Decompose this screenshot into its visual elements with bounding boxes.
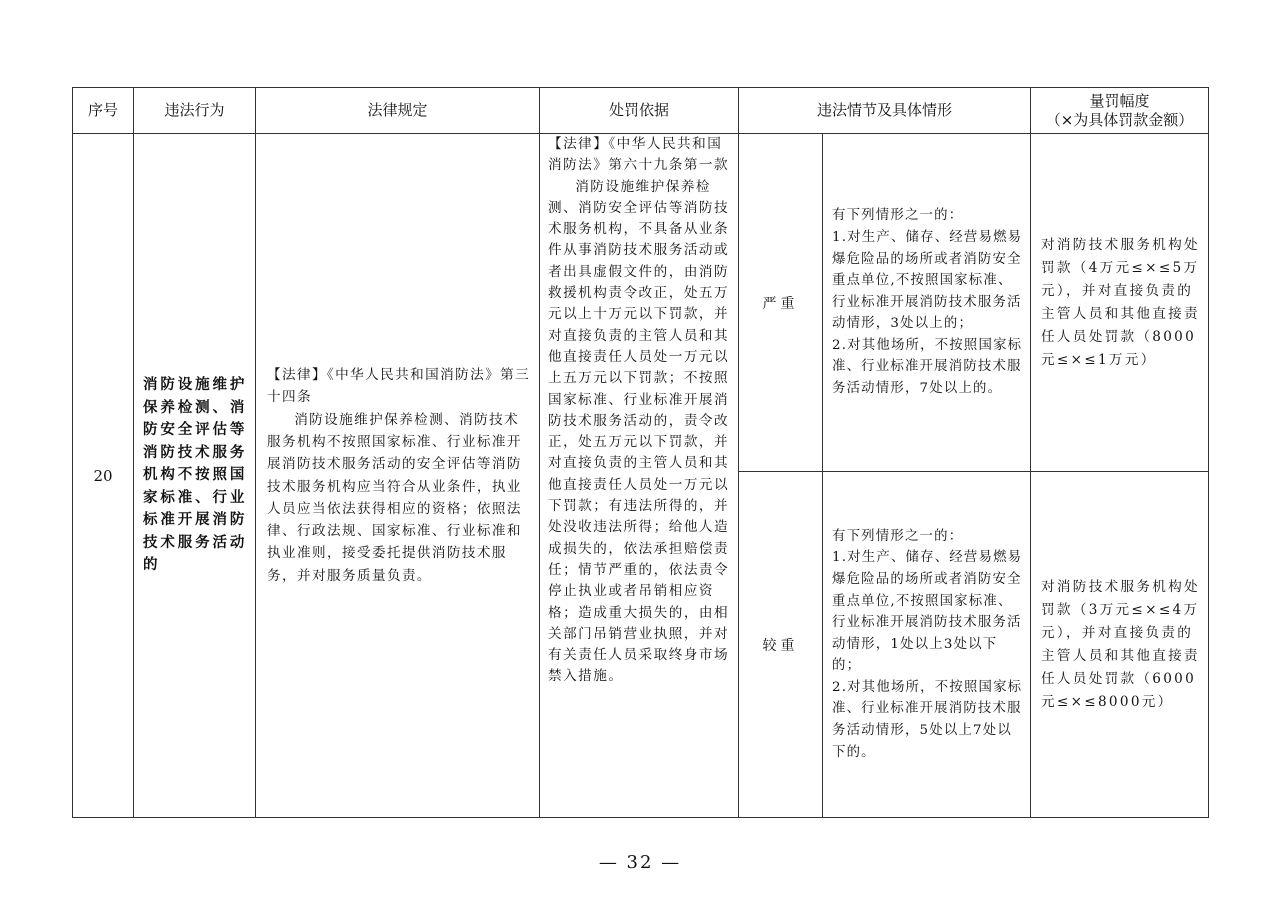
header-penalty-basis: 处罚依据	[540, 88, 739, 134]
header-circumstances: 违法情节及具体情形	[739, 88, 1031, 134]
severity-level-fairly-serious: 较重	[739, 472, 823, 818]
header-illegal-act: 违法行为	[134, 88, 256, 134]
fine-range-fairly-serious: 对消防技术服务机构处罚款（3万元≤×≤4万元），并对直接负责的主管人员和其他直接…	[1031, 472, 1209, 818]
circumstance-item-1: 1.对生产、储存、经营易燃易爆危险品的场所或者消防安全重点单位,不按照国家标准、…	[832, 547, 1024, 677]
penalty-basis-body: 消防设施维护保养检测、消防安全评估等消防技术服务机构，不具备从业条件从事消防技术…	[548, 177, 732, 688]
legal-provision-body: 消防设施维护保养检测、消防技术服务机构不按照国家标准、行业标准开展消防技术服务活…	[267, 409, 531, 587]
circumstance-item-1: 1.对生产、储存、经营易燃易爆危险品的场所或者消防安全重点单位,不按照国家标准、…	[832, 227, 1024, 335]
table-row: 20 消防设施维护保养检测、消防安全评估等消防技术服务机构不按照国家标准、行业标…	[73, 134, 1209, 472]
page-number: — 32 —	[0, 852, 1280, 873]
legal-provision-title: 【法律】《中华人民共和国消防法》第三十四条	[267, 364, 531, 409]
penalty-standard-table: 序号 违法行为 法律规定 处罚依据 违法情节及具体情形 量罚幅度 （×为具体罚款…	[72, 87, 1209, 818]
header-row: 序号 违法行为 法律规定 处罚依据 违法情节及具体情形 量罚幅度 （×为具体罚款…	[73, 88, 1209, 134]
circumstance-item-2: 2.对其他场所，不按照国家标准、行业标准开展消防技术服务活动情形，7处以上的。	[832, 335, 1024, 400]
circumstance-detail-fairly-serious: 有下列情形之一的： 1.对生产、储存、经营易燃易爆危险品的场所或者消防安全重点单…	[823, 472, 1031, 818]
header-fine-range: 量罚幅度 （×为具体罚款金额）	[1031, 88, 1209, 134]
header-serial-no: 序号	[73, 88, 134, 134]
illegal-act-cell: 消防设施维护保养检测、消防安全评估等消防技术服务机构不按照国家标准、行业标准开展…	[134, 134, 256, 818]
legal-provision-cell: 【法律】《中华人民共和国消防法》第三十四条 消防设施维护保养检测、消防技术服务机…	[256, 134, 540, 818]
fine-range-serious: 对消防技术服务机构处罚款（4万元≤×≤5万元），并对直接负责的主管人员和其他直接…	[1031, 134, 1209, 472]
penalty-basis-cell: 【法律】《中华人民共和国消防法》第六十九条第一款 消防设施维护保养检测、消防安全…	[540, 134, 739, 818]
severity-level-serious: 严重	[739, 134, 823, 472]
header-fine-range-note: （×为具体罚款金额）	[1031, 111, 1208, 130]
circumstance-intro: 有下列情形之一的：	[832, 205, 1024, 227]
header-fine-range-title: 量罚幅度	[1031, 92, 1208, 111]
header-legal-provision: 法律规定	[256, 88, 540, 134]
circumstance-item-2: 2.对其他场所，不按照国家标准、行业标准开展消防技术服务活动情形，5处以上7处以…	[832, 677, 1024, 763]
circumstance-intro: 有下列情形之一的：	[832, 526, 1024, 548]
serial-no-cell: 20	[73, 134, 134, 818]
circumstance-detail-serious: 有下列情形之一的： 1.对生产、储存、经营易燃易爆危险品的场所或者消防安全重点单…	[823, 134, 1031, 472]
penalty-basis-title: 【法律】《中华人民共和国消防法》第六十九条第一款	[548, 134, 732, 177]
